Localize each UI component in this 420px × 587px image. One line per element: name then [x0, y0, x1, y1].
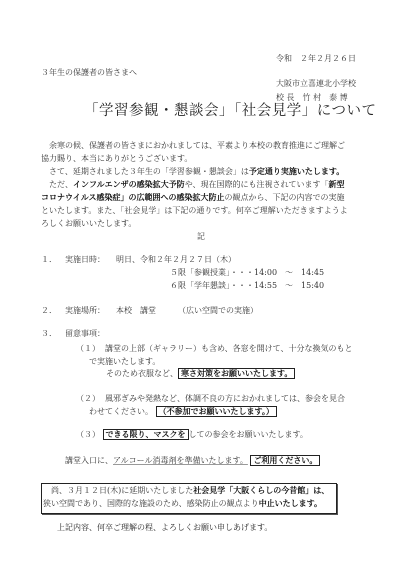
intro-text: ただ、 [49, 180, 73, 189]
item-2-value: 本校 講堂 [116, 307, 156, 315]
intro-line-3: さて、延期されました３年生の「学習参観・懇談会」は予定通り実施いたします。 [49, 168, 344, 176]
principal-name: 校 長 竹 村 泰 博 [276, 94, 348, 102]
note-2-line-2: わせてください。 （不参加でお願いいたします。） [89, 408, 277, 416]
note-3-number: （３） [76, 430, 100, 439]
boxed-emphasis: 寒さ対策をお願いいたします。 [178, 368, 295, 379]
notice-line-2: 狭い空間であり、国際的な施設のため、感染防止の観点より中止いたします。 [43, 500, 322, 508]
page-title: 「学習参観・懇談会」「社会見学」について [84, 104, 376, 119]
alcohol-underlined: アルコール消毒剤を準備いたします。 [113, 456, 248, 465]
school-name: 大阪市立喜連北小学校 [276, 80, 356, 88]
emphasis-text: 予定通り実施いたします。 [249, 167, 344, 176]
schedule-period-6: ６限「学年懇談」・・・14:55 ～ 15:40 [170, 282, 324, 290]
schedule-period-5: ５限「参観授業」・・・14:00 ～ 14:45 [170, 269, 324, 277]
note-1-line-2: で実施いたします。 [89, 358, 160, 366]
item-2-number: ２． [41, 307, 57, 315]
note-3: （３） できる限り、マスクをしての参会をお願いいたします。 [76, 431, 308, 439]
emphasis-text: 中止いたします。 [259, 499, 322, 508]
note-1-number: （１） [76, 345, 100, 353]
alcohol-line: 講堂入口に、アルコール消毒剤を準備いたします。 ご利用ください。 [65, 457, 320, 465]
item-1-value: 明日、令和２年２月２７日（木） [116, 256, 236, 264]
intro-text: の観点から、下記の内容での実施 [225, 193, 345, 202]
intro-line-1: 余寒の候、保護者の皆さまにおかれましては、平素より本校の教育推進にご理解ご [49, 142, 345, 150]
intro-text: や、現在国際的にも注視されています「 [185, 180, 329, 189]
intro-line-5: コロナウイルス感染症」の広範囲への感染拡大防止の観点から、下記の内容での実施 [41, 194, 345, 202]
intro-line-2: 協力賜り、本当にありがとうございます。 [41, 155, 192, 163]
item-3-number: ３． [41, 330, 57, 338]
note-text: そのため衣服など、 [106, 369, 178, 378]
date: 令和 ２年２月２６日 [276, 55, 356, 63]
emphasis-text: コロナウイルス感染症」の広範囲への感染拡大防止 [41, 193, 225, 202]
boxed-emphasis: できる限り、マスクを [103, 429, 189, 440]
closing-line: 上記内容、何卒ご理解の程、よろしくお願い申しあげます。 [57, 524, 272, 532]
intro-line-6: といたします。また、「社会見学」は下記の通りです。何卒ご理解いただきますようよ [41, 207, 348, 215]
recipient: ３年生の保護者の皆さまへ [41, 69, 137, 77]
note-2-number: （２） [76, 395, 100, 403]
ki-heading: 記 [197, 233, 205, 241]
alcohol-text: 講堂入口に、 [65, 456, 113, 465]
note-text: しての参会をお願いいたします。 [189, 430, 308, 439]
note-1-line-1: 講堂の上部（ギャラリー）も含め、各窓を開けて、十分な換気のもと [105, 345, 353, 353]
item-3-label: 留意事項： [65, 330, 105, 338]
emphasis-text: インフルエンザの感染拡大予防 [73, 180, 185, 189]
item-1-label: 実施日時： [65, 256, 105, 264]
intro-line-7: ろしくお願いいたします。 [41, 220, 136, 228]
intro-line-4: ただ、インフルエンザの感染拡大予防や、現在国際的にも注視されています「新型 [49, 181, 345, 189]
notice-line-1: 尚、３月１２日(木)に延期いたしました社会見学「大阪くらしの今昔館」は、 [51, 487, 329, 495]
intro-text: さて、延期されました３年生の「学習参観・懇談会」は [49, 167, 249, 176]
item-1-number: １． [41, 256, 57, 264]
boxed-emphasis: ご利用ください。 [250, 455, 320, 466]
note-1-line-3: そのため衣服など、寒さ対策をお願いいたします。 [106, 370, 295, 378]
note-2-line-1: 風邪ぎみや発熱など、体調不良の方におかれましては、参会を見合 [105, 395, 345, 403]
item-2-label: 実施場所： [65, 307, 105, 315]
item-2-note: （広い空間での実施） [178, 307, 258, 315]
emphasis-text: 新型 [329, 180, 345, 189]
boxed-emphasis: （不参加でお願いいたします。） [156, 406, 277, 417]
emphasis-text: 社会見学「大阪くらしの今昔館」は、 [193, 486, 329, 495]
note-text: わせてください。 [89, 407, 153, 416]
notice-text: 尚、３月１２日(木)に延期いたしました [51, 486, 193, 495]
notice-text: 狭い空間であり、国際的な施設のため、感染防止の観点より [43, 499, 259, 508]
